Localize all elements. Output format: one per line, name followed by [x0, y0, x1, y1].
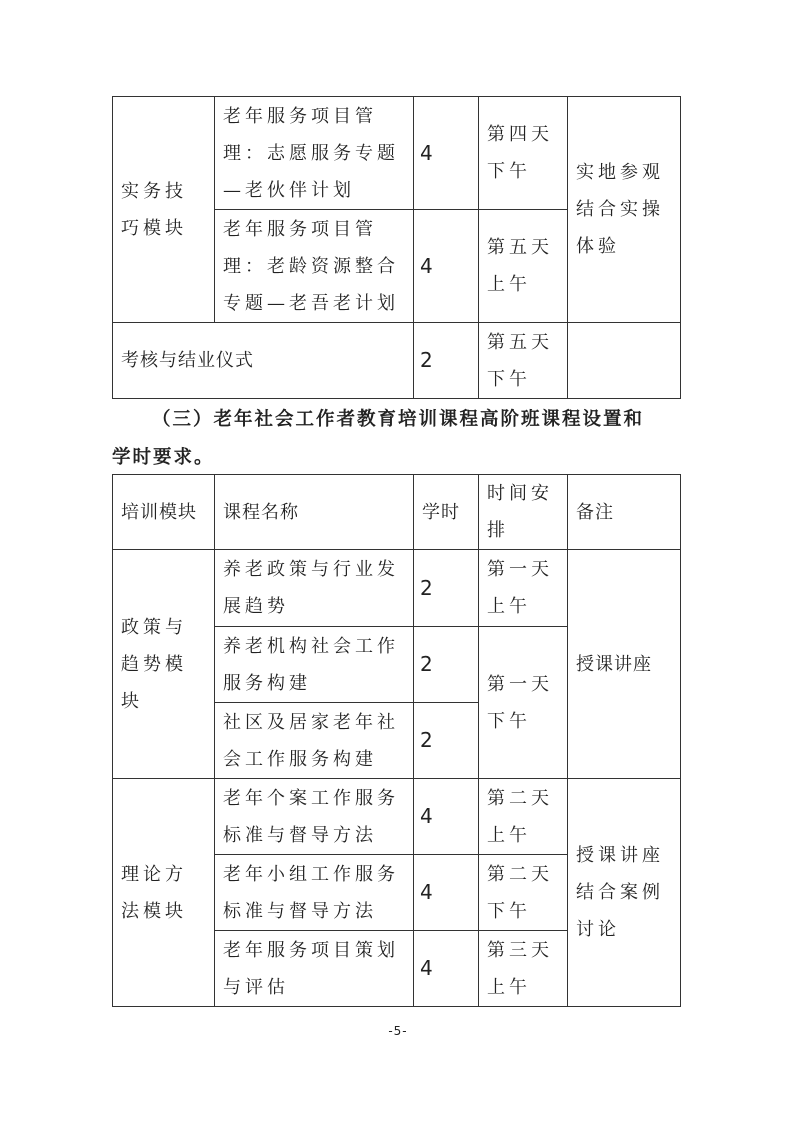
hours-cell: 4 [414, 779, 479, 855]
course-name-cell: 养老政策与行业发展趋势 [215, 550, 414, 627]
time-cell: 第五天上午 [479, 210, 568, 323]
note-cell [568, 323, 681, 399]
section-heading-continued: 学时要求。 [112, 438, 680, 478]
module-cell: 实务技巧模块 [113, 97, 215, 323]
header-hours: 学时 [414, 475, 479, 550]
hours-cell: 2 [414, 703, 479, 779]
hours-cell: 4 [414, 931, 479, 1007]
time-cell: 第二天下午 [479, 855, 568, 931]
table-row: 理论方法模块 老年个案工作服务标准与督导方法 4 第二天上午 授课讲座结合案例讨… [113, 779, 681, 855]
hours-cell: 4 [414, 97, 479, 210]
time-cell: 第一天上午 [479, 550, 568, 627]
course-name-cell: 社区及居家老年社会工作服务构建 [215, 703, 414, 779]
header-time: 时间安排 [479, 475, 568, 550]
header-note: 备注 [568, 475, 681, 550]
course-name-cell: 老年个案工作服务标准与督导方法 [215, 779, 414, 855]
hours-cell: 2 [414, 323, 479, 399]
header-course: 课程名称 [215, 475, 414, 550]
time-cell: 第五天下午 [479, 323, 568, 399]
course-name-cell: 考核与结业仪式 [113, 323, 414, 399]
time-cell: 第二天上午 [479, 779, 568, 855]
note-cell: 授课讲座结合案例讨论 [568, 779, 681, 1007]
hours-cell: 2 [414, 550, 479, 627]
time-cell: 第四天下午 [479, 97, 568, 210]
advanced-course-table: 培训模块 课程名称 学时 时间安排 备注 政策与趋势模块 养老政策与行业发展趋势… [112, 474, 681, 1007]
time-cell: 第三天上午 [479, 931, 568, 1007]
header-module: 培训模块 [113, 475, 215, 550]
hours-cell: 4 [414, 855, 479, 931]
module-cell: 政策与趋势模块 [113, 550, 215, 779]
course-name-cell: 老年服务项目管理：老龄资源整合专题—老吾老计划 [215, 210, 414, 323]
course-name-cell: 养老机构社会工作服务构建 [215, 627, 414, 703]
module-cell: 理论方法模块 [113, 779, 215, 1007]
time-cell: 第一天下午 [479, 627, 568, 779]
course-name-cell: 老年小组工作服务标准与督导方法 [215, 855, 414, 931]
hours-cell: 4 [414, 210, 479, 323]
hours-cell: 2 [414, 627, 479, 703]
note-cell: 实地参观结合实操体验 [568, 97, 681, 323]
table-row: 实务技巧模块 老年服务项目管理：志愿服务专题—老伙伴计划 4 第四天下午 实地参… [113, 97, 681, 210]
course-name-cell: 老年服务项目策划与评估 [215, 931, 414, 1007]
note-cell: 授课讲座 [568, 550, 681, 779]
section-heading: （三）老年社会工作者教育培训课程高阶班课程设置和 [112, 400, 680, 440]
table-row: 政策与趋势模块 养老政策与行业发展趋势 2 第一天上午 授课讲座 [113, 550, 681, 627]
table-row: 考核与结业仪式 2 第五天下午 [113, 323, 681, 399]
course-name-cell: 老年服务项目管理：志愿服务专题—老伙伴计划 [215, 97, 414, 210]
page-number: -5- [0, 1024, 796, 1038]
course-table-continued: 实务技巧模块 老年服务项目管理：志愿服务专题—老伙伴计划 4 第四天下午 实地参… [112, 96, 681, 399]
table-header-row: 培训模块 课程名称 学时 时间安排 备注 [113, 475, 681, 550]
